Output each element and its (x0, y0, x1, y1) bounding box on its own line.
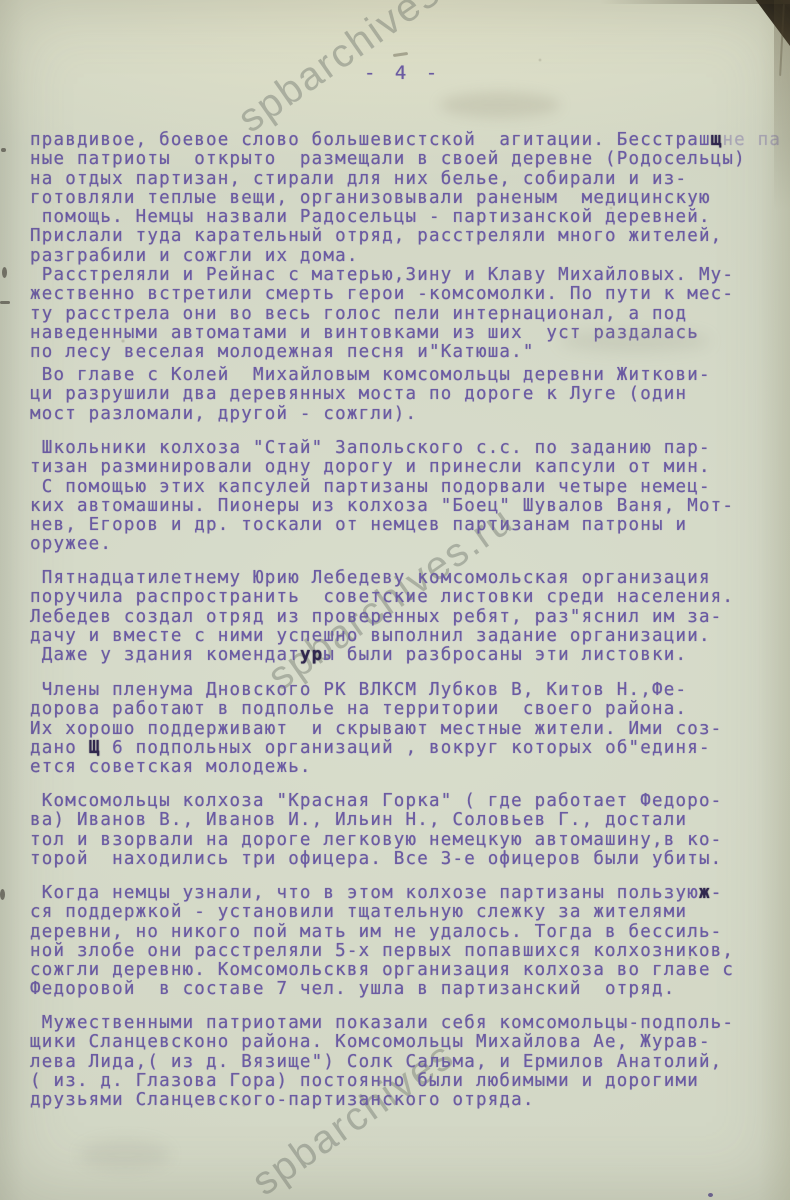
text-line: Федоровой в составе 7 чел. ушла в партиз… (30, 980, 734, 999)
text-line: С помощью этих капсулей партизаны подорв… (30, 478, 734, 497)
text-line: ких автомашины. Пионеры из колхоза "Боец… (30, 497, 734, 516)
text-line: ся поддержкой - установили тщательную сл… (30, 903, 734, 922)
text-line: оружее. (30, 535, 734, 554)
text-line: Комсомольцы колхоза "Красная Горка" ( гд… (30, 792, 722, 811)
text-line: Расстреляли и Рейнас с матерью,Зину и Кл… (30, 266, 734, 285)
text-line: Пятнадцатилетнему Юрию Лебедеву комсомол… (30, 569, 734, 588)
text-line: торой находились три офицера. Все 3-е оф… (30, 850, 722, 869)
text-line: ту расстрела они во весь голос пели инте… (30, 305, 734, 324)
scan-artifact-mark (1, 148, 6, 152)
text-line: Их хорошо поддерживают и скрывают местны… (30, 720, 722, 739)
overstrike-bold: щ (711, 130, 723, 150)
text-line: ется советская молодежь. (30, 758, 722, 777)
paragraph: Во главе с Колей Михайловым комсомольцы … (30, 366, 711, 424)
text-line: тизан разминировали одну дорогу и принес… (30, 458, 734, 477)
text-line: на отдых партизан, стирали для них белье… (30, 170, 781, 189)
text-line: ( из. д. Глазова Гора) постоянно были лю… (30, 1072, 734, 1091)
text-line: лева Лида,( из д. Вязище") Солк Сальма, … (30, 1053, 734, 1072)
paragraph: Пятнадцатилетнему Юрию Лебедеву комсомол… (30, 569, 734, 665)
paper-stain (440, 92, 560, 118)
text-line: щики Сланцевсконо района. Комсомольцы Ми… (30, 1033, 734, 1052)
text-line: мост разломали, другой - сожгли). (30, 405, 711, 424)
paper-stain (560, 330, 710, 352)
text-line: сожгли деревню. Комсомольсквя организаци… (30, 961, 734, 980)
text-line: Прислали туда карательный отряд, расстре… (30, 227, 781, 246)
text-line: нев, Егоров и др. тоскали от немцев парт… (30, 516, 734, 535)
scan-artifact-mark (2, 267, 7, 278)
paragraph: Мужественными патриотами показали себя к… (30, 1014, 734, 1110)
top-edge-shadow (600, 0, 790, 4)
overstrike-bold: Щ (89, 738, 101, 758)
text-line: Во главе с Колей Михайловым комсомольцы … (30, 366, 711, 385)
scanned-document-page: spbarchives..... spbarchives.ru spbarchi… (0, 0, 790, 1200)
pencil-mark-artifact (393, 52, 408, 57)
text-line: Когда немцы узнали, что в этом колхозе п… (30, 884, 734, 903)
page-number: - 4 - (364, 62, 441, 84)
text-line: поручила распространить советские листов… (30, 588, 734, 607)
paragraph: Комсомольцы колхоза "Красная Горка" ( гд… (30, 792, 722, 869)
text-line: Лебедев создал отряд из проверенных ребя… (30, 608, 734, 627)
text-line: Члены пленума Дновского РК ВЛКСМ Лубков … (30, 681, 722, 700)
paragraph: правдивое, боевое слово большевистской а… (30, 131, 781, 266)
text-line: Мужественными патриотами показали себя к… (30, 1014, 734, 1033)
text-line: правдивое, боевое слово большевистской а… (30, 131, 781, 150)
paper-stain (80, 1140, 170, 1170)
text-line: Даже у здания комендатуры были разбросан… (30, 646, 734, 665)
paragraph: Школьники колхоза "Стай" Запольского с.с… (30, 439, 734, 555)
text-line: дано Щ 6 подпольных организаций , вокруг… (30, 739, 722, 758)
overstrike-bold: ур (300, 645, 323, 665)
text-line: тол и взорвали на дороге легковую немецк… (30, 831, 722, 850)
text-line: ва) Иванов В., Иванов И., Ильин Н., Соло… (30, 811, 722, 830)
text-line: ной злобе они расстреляли 5-х первых поп… (30, 942, 734, 961)
ink-speck (708, 1193, 713, 1197)
faded-ink: не па (722, 130, 781, 150)
text-line: ци разрушили два деревянных моста по дор… (30, 385, 711, 404)
text-line: деревни, но никого пой мать им не удалос… (30, 923, 734, 942)
overstrike-bold: ж (699, 883, 711, 903)
text-line: жественно встретили смерть герои -комсом… (30, 285, 734, 304)
text-line: помощь. Немцы назвали Радосельцы - парти… (30, 208, 781, 227)
scan-artifact-mark (0, 889, 5, 900)
text-line: друзьями Сланцевского-партизанского отря… (30, 1091, 734, 1110)
text-line: Школьники колхоза "Стай" Запольского с.с… (30, 439, 734, 458)
text-line: дорова работают в подполье на территории… (30, 700, 722, 719)
scan-artifact-mark (0, 301, 10, 304)
text-line: ные патриоты открыто размещали в своей д… (30, 150, 781, 169)
text-line: готовляли теплые вещи, организовывали ра… (30, 189, 781, 208)
text-line: разграбили и сожгли их дома. (30, 247, 781, 266)
paragraph: Члены пленума Дновского РК ВЛКСМ Лубков … (30, 681, 722, 777)
paragraph: Когда немцы узнали, что в этом колхозе п… (30, 884, 734, 1000)
text-line: дачу и вместе с ними успешно выполнил за… (30, 627, 734, 646)
